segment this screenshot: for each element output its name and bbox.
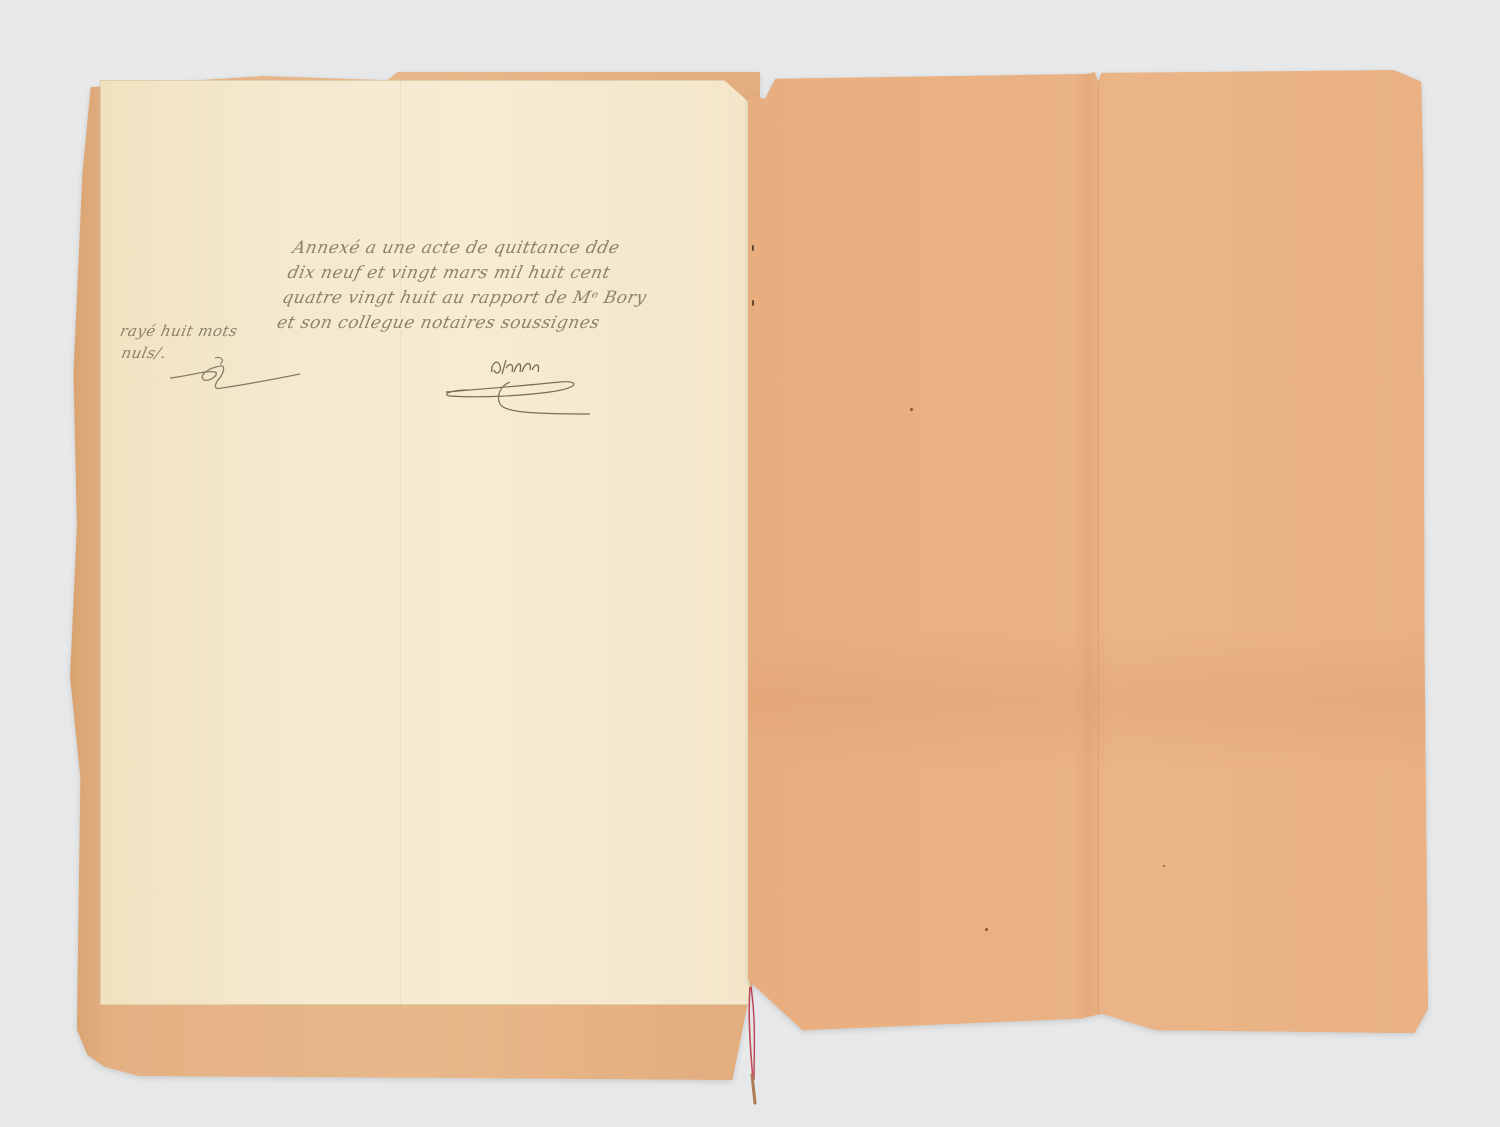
right-folder-shade — [748, 630, 1428, 770]
paper-speck — [910, 408, 913, 411]
annotation-line: dix neuf et vingt mars mil huit cent — [285, 261, 750, 286]
handwritten-annotation: Annexé a une acte de quittance dde dix n… — [274, 236, 755, 336]
binding-string — [742, 985, 762, 1105]
document-photo: Annexé a une acte de quittance dde dix n… — [0, 0, 1500, 1127]
annotation-line: Annexé a une acte de quittance dde — [290, 236, 755, 261]
right-fold-line — [1098, 70, 1101, 1038]
notary-signature — [440, 352, 610, 424]
right-folder-cover — [748, 70, 1428, 1038]
initials-signature — [160, 350, 310, 400]
page-fold-line — [400, 80, 402, 1005]
margin-note-line: rayé huit mots — [118, 320, 273, 342]
stitch-hole — [752, 300, 754, 306]
paper-speck — [1163, 865, 1165, 867]
annotation-line: quatre vingt huit au rapport de Mᵉ Bory — [280, 286, 745, 311]
left-page — [100, 80, 750, 1005]
paper-speck — [985, 928, 988, 931]
annotation-line: et son collegue notaires soussignes — [274, 311, 739, 336]
